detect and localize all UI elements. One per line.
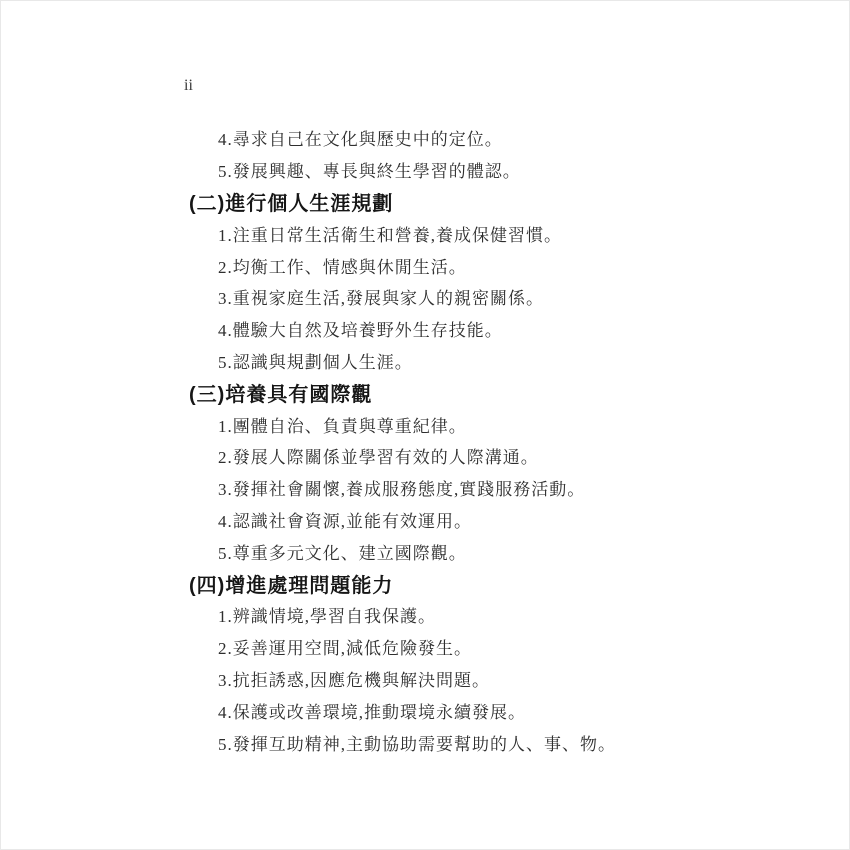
list-item: 2.均衡工作、情感與休閒生活。: [189, 249, 709, 281]
list-item: 5.尊重多元文化、建立國際觀。: [189, 535, 709, 567]
list-item: 4.體驗大自然及培養野外生存技能。: [189, 313, 709, 345]
list-item: 5.發展興趣、專長與終生學習的體認。: [189, 154, 709, 186]
list-item: 5.發揮互助精神,主動協助需要幫助的人、事、物。: [189, 726, 709, 758]
list-item: 4.保護或改善環境,推動環境永續發展。: [189, 694, 709, 726]
list-item: 3.抗拒誘惑,因應危機與解決問題。: [189, 663, 709, 695]
list-item: 3.發揮社會關懷,養成服務態度,實踐服務活動。: [189, 472, 709, 504]
list-item: 1.注重日常生活衛生和營養,養成保健習慣。: [189, 217, 709, 249]
list-item: 1.團體自治、負責與尊重紀律。: [189, 408, 709, 440]
list-item: 3.重視家庭生活,發展與家人的親密關係。: [189, 281, 709, 313]
list-item: 4.尋求自己在文化與歷史中的定位。: [189, 122, 709, 154]
section-heading: (四)增進處理問題能力: [189, 567, 709, 599]
document-content: 4.尋求自己在文化與歷史中的定位。 5.發展興趣、專長與終生學習的體認。 (二)…: [189, 122, 709, 758]
list-item: 1.辨識情境,學習自我保護。: [189, 599, 709, 631]
list-item: 4.認識社會資源,並能有效運用。: [189, 504, 709, 536]
page-number: ii: [184, 77, 193, 95]
list-item: 2.發展人際關係並學習有效的人際溝通。: [189, 440, 709, 472]
list-item: 5.認識與規劃個人生涯。: [189, 345, 709, 377]
list-item: 2.妥善運用空間,減低危險發生。: [189, 631, 709, 663]
section-heading: (二)進行個人生涯規劃: [189, 186, 709, 218]
section-heading: (三)培養具有國際觀: [189, 376, 709, 408]
document-page: ii 4.尋求自己在文化與歷史中的定位。 5.發展興趣、專長與終生學習的體認。 …: [0, 0, 850, 850]
